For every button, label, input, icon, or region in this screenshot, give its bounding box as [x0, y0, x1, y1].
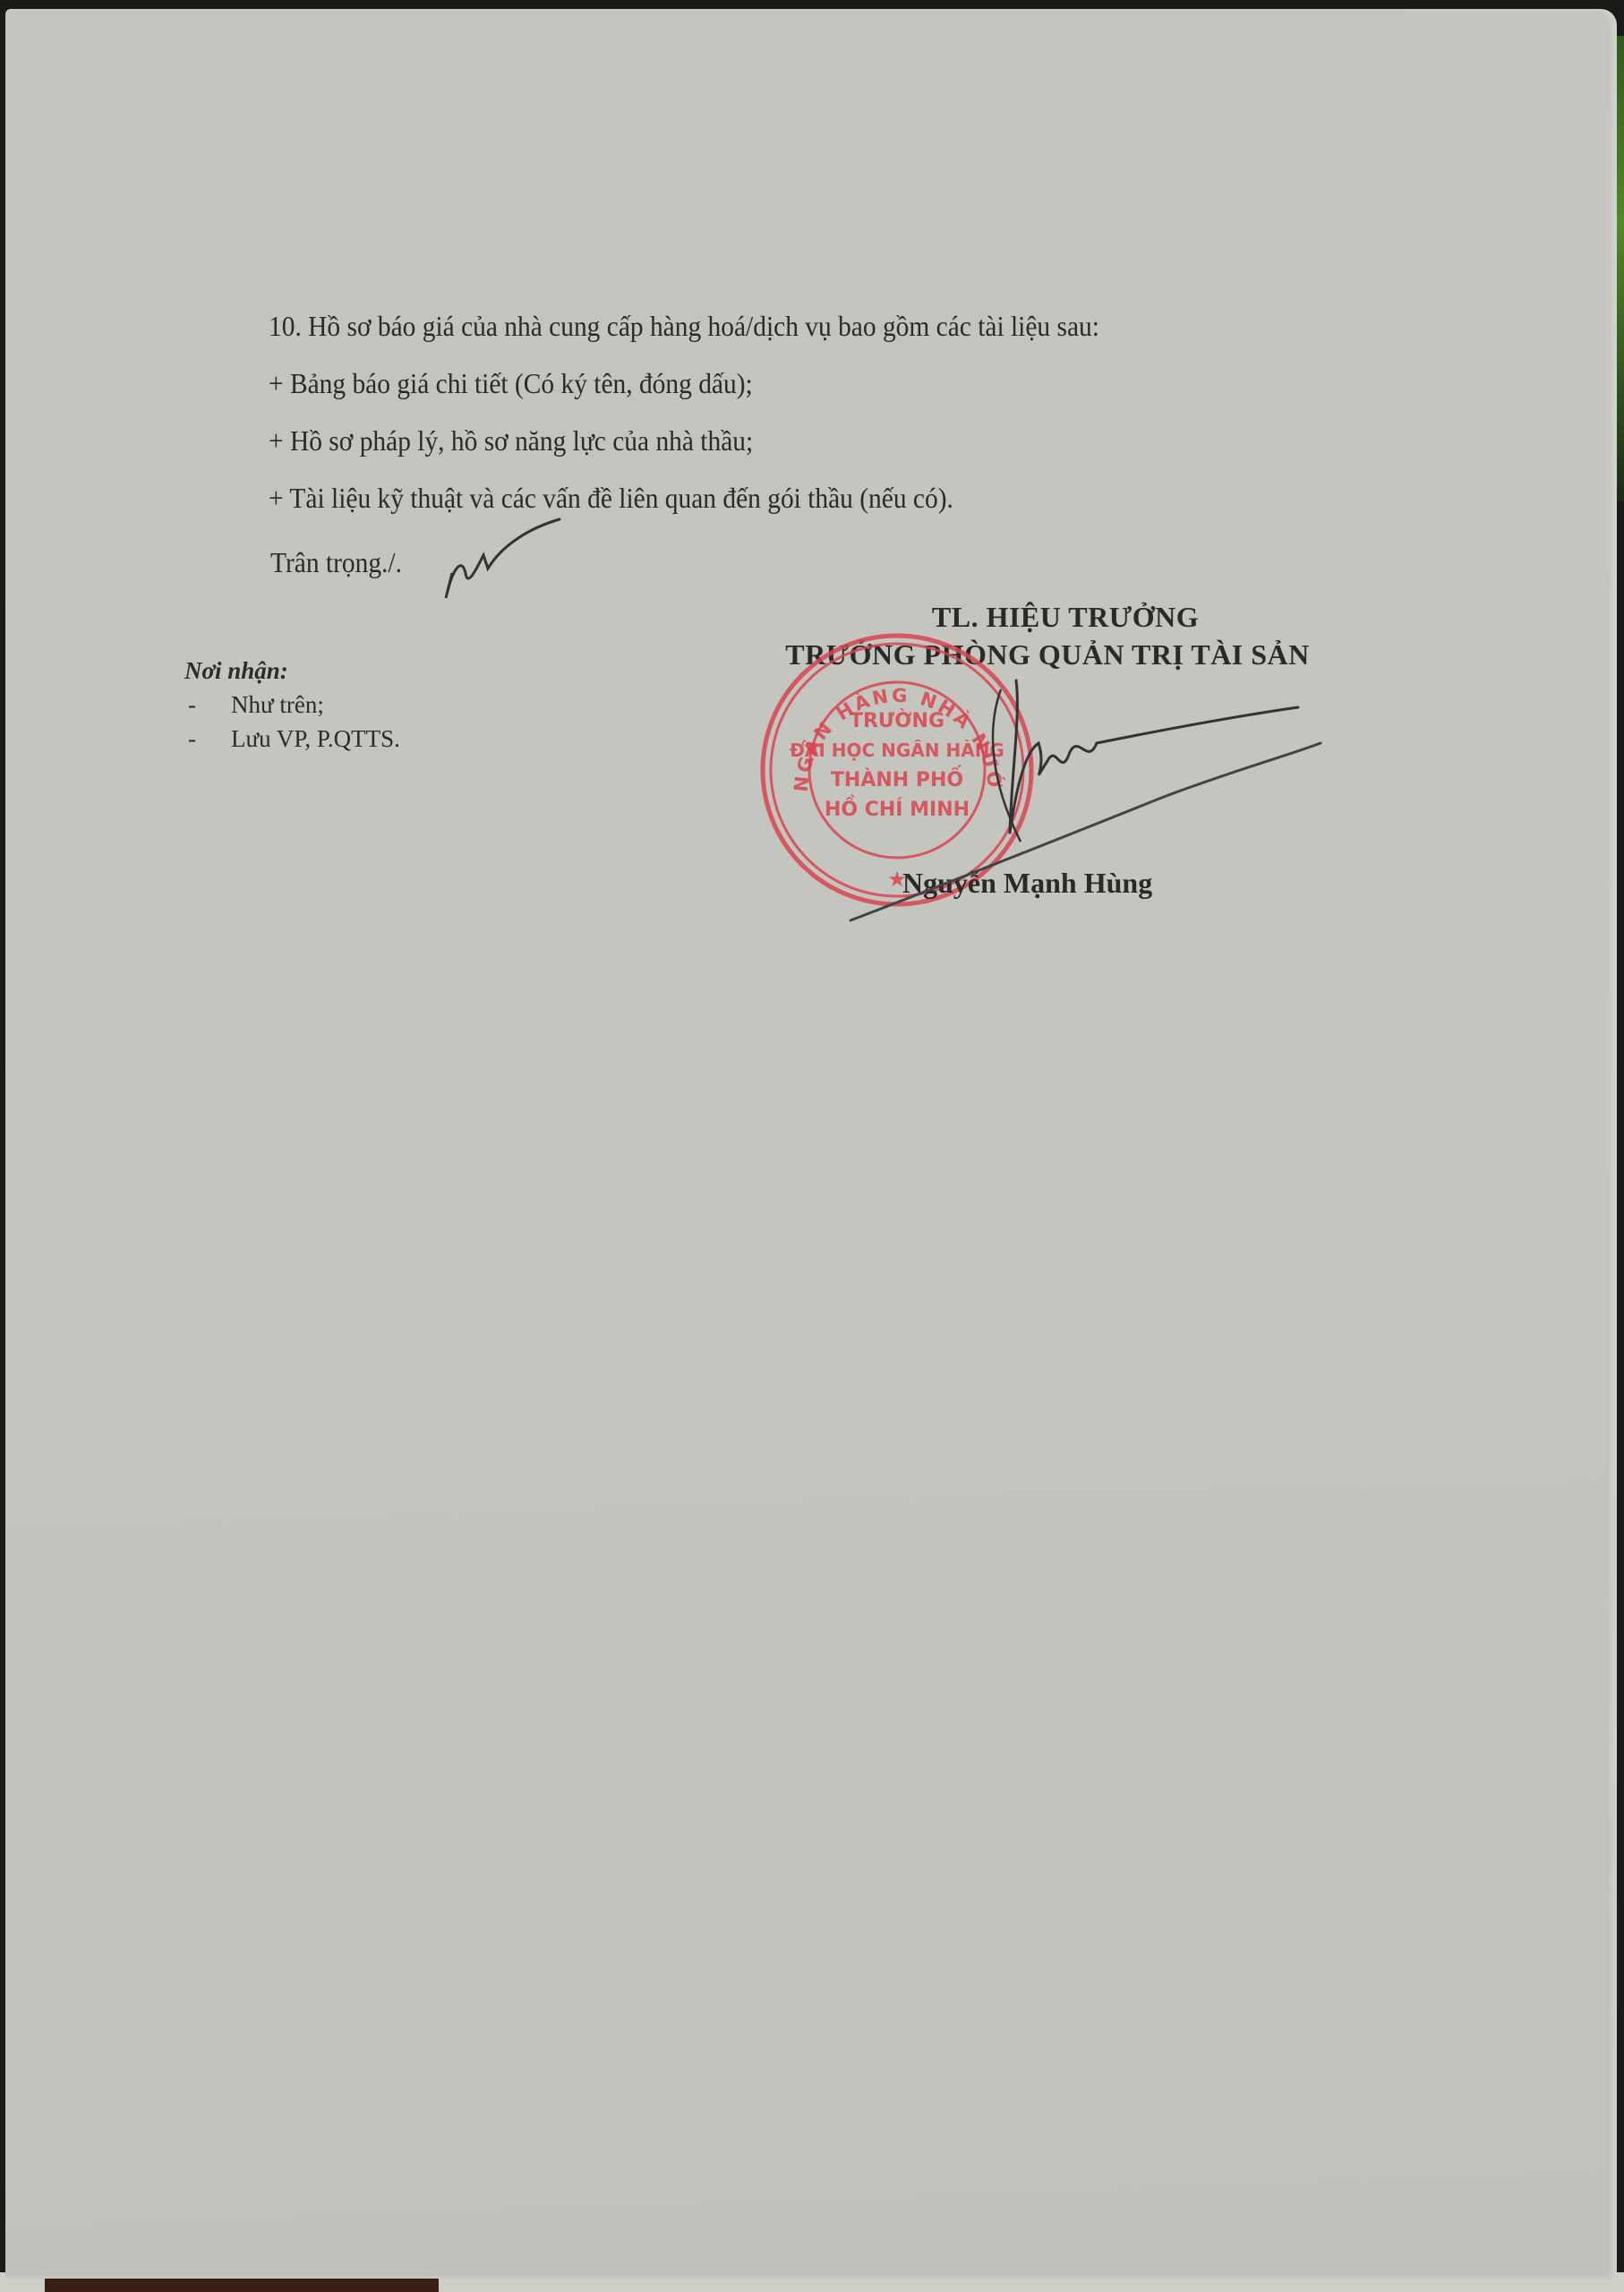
list-item: + Bảng báo giá chi tiết (Có ký tên, đóng…	[269, 355, 753, 412]
bullet-dash: -	[184, 722, 231, 756]
bullet-dash: -	[184, 688, 231, 722]
recipients-block: Nơi nhận: - Như trên; - Lưu VP, P.QTTS.	[184, 654, 400, 756]
list-item: + Hồ sơ pháp lý, hồ sơ năng lực của nhà …	[269, 412, 753, 469]
seal-line: THÀNH PHỐ	[831, 765, 963, 791]
recipient-item: - Như trên;	[184, 688, 400, 722]
seal-line: HỒ CHÍ MINH	[825, 795, 970, 821]
closing-salutation: Trân trọng./.	[270, 534, 402, 591]
recipient-item: - Lưu VP, P.QTTS.	[184, 722, 400, 756]
signer-name: Nguyễn Mạnh Hùng	[902, 867, 1152, 900]
seal-line: ĐẠI HỌC NGÂN HÀNG	[790, 740, 1004, 761]
recipients-heading: Nơi nhận:	[184, 654, 400, 688]
recipient-text: Lưu VP, P.QTTS.	[231, 722, 400, 756]
recipient-text: Như trên;	[231, 688, 324, 722]
section-10-heading: 10. Hồ sơ báo giá của nhà cung cấp hàng …	[269, 297, 1099, 355]
seal-line: TRƯỜNG	[850, 709, 944, 732]
list-item: + Tài liệu kỹ thuật và các vấn đề liên q…	[269, 469, 953, 526]
